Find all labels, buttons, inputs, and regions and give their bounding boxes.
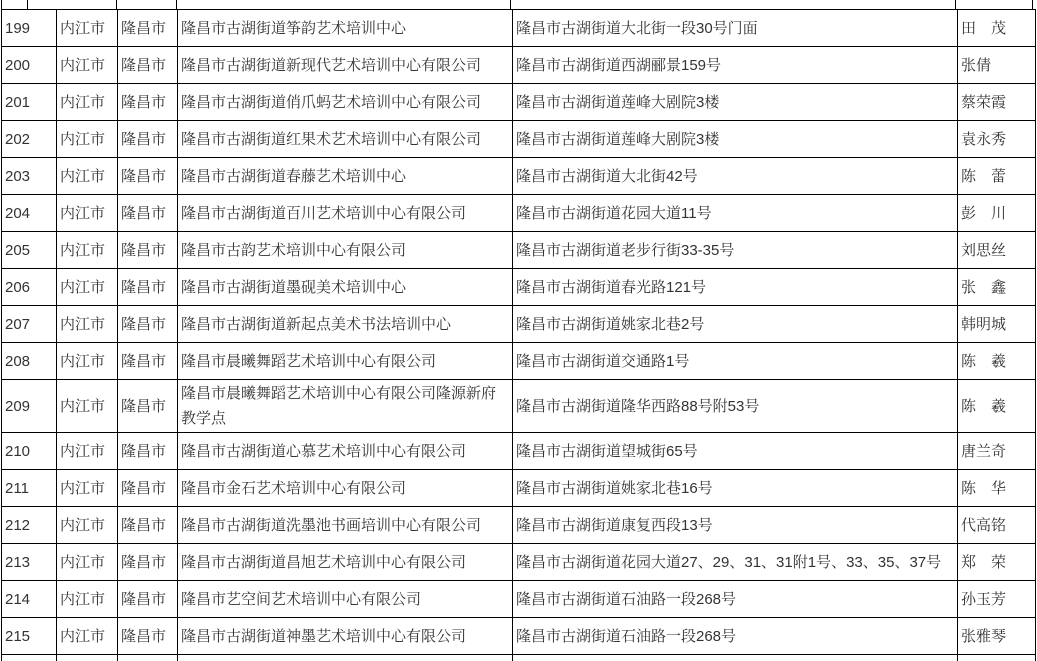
partial-cell	[117, 0, 177, 9]
cell-address: 隆昌市古湖街道莲峰大剧院3楼	[513, 121, 958, 158]
cell-serial-number: 213	[2, 544, 57, 581]
table-row: 210 内江市 隆昌市 隆昌市古湖街道心慕艺术培训中心有限公司 隆昌市古湖街道望…	[2, 433, 1036, 470]
table-row: 206 内江市 隆昌市 隆昌市古湖街道墨砚美术培训中心 隆昌市古湖街道春光路12…	[2, 269, 1036, 306]
cell-institution-name: 隆昌市艺空间艺术培训中心有限公司	[178, 581, 513, 618]
cell-serial-number: 199	[2, 10, 57, 47]
cell-contact-name: 陈 华	[958, 470, 1036, 507]
cell-address: 隆昌市古湖街道石油路一段268号	[513, 581, 958, 618]
cell-serial-number: 211	[2, 470, 57, 507]
cell-serial-number: 205	[2, 232, 57, 269]
cell-city: 内江市	[57, 507, 118, 544]
cell-address: 隆昌市古湖街道大北街一段30号门面	[513, 10, 958, 47]
cell-institution-name: 隆昌市古湖街道昌旭艺术培训中心有限公司	[178, 544, 513, 581]
cell-county: 隆昌市	[118, 121, 178, 158]
cell-institution-name: 隆昌市古韵艺术培训中心有限公司	[178, 232, 513, 269]
table-row: 211 内江市 隆昌市 隆昌市金石艺术培训中心有限公司 隆昌市古湖街道姚家北巷1…	[2, 470, 1036, 507]
cell-contact-name: 孙玉芳	[958, 581, 1036, 618]
cell-institution-name: 隆昌市古湖街道红果术艺术培训中心有限公司	[178, 121, 513, 158]
table-row: 199 内江市 隆昌市 隆昌市古湖街道筝韵艺术培训中心 隆昌市古湖街道大北街一段…	[2, 10, 1036, 47]
cell-contact-name	[958, 655, 1036, 661]
cell-address: 隆昌市古湖街道姚家北巷16号	[513, 470, 958, 507]
cell-address: 隆昌市古湖街道交通路1号	[513, 343, 958, 380]
cell-contact-name: 张雅琴	[958, 618, 1036, 655]
table-row: 201 内江市 隆昌市 隆昌市古湖街道俏爪蚂艺术培训中心有限公司 隆昌市古湖街道…	[2, 84, 1036, 121]
cell-contact-name: 田 茂	[958, 10, 1036, 47]
cell-county: 隆昌市	[118, 618, 178, 655]
cell-city: 内江市	[57, 544, 118, 581]
cell-county: 隆昌市	[118, 306, 178, 343]
cell-serial-number: 209	[2, 380, 57, 433]
cell-city: 内江市	[57, 618, 118, 655]
cell-city: 内江市	[57, 470, 118, 507]
cell-county: 隆昌市	[118, 47, 178, 84]
table-row: 202 内江市 隆昌市 隆昌市古湖街道红果术艺术培训中心有限公司 隆昌市古湖街道…	[2, 121, 1036, 158]
cell-institution-name: 隆昌市古湖街道神墨艺术培训中心有限公司	[178, 618, 513, 655]
cell-address: 隆昌市古湖街道隆华西路88号附53号	[513, 380, 958, 433]
cell-contact-name: 彭 川	[958, 195, 1036, 232]
partial-row-top	[1, 0, 1035, 9]
cell-city: 内江市	[57, 581, 118, 618]
cell-contact-name: 张 鑫	[958, 269, 1036, 306]
cell-institution-name: 隆昌市古湖街道筝韵艺术培训中心	[178, 10, 513, 47]
cell-institution-name: 隆昌市晨曦舞蹈艺术培训中心有限公司隆源新府教学点	[178, 380, 513, 433]
cell-city: 内江市	[57, 158, 118, 195]
cell-institution-name: 隆昌市古湖街道洗墨池书画培训中心有限公司	[178, 507, 513, 544]
cell-contact-name: 陈 羲	[958, 380, 1036, 433]
cell-county	[118, 655, 178, 661]
table-row: 214 内江市 隆昌市 隆昌市艺空间艺术培训中心有限公司 隆昌市古湖街道石油路一…	[2, 581, 1036, 618]
cell-contact-name: 蔡荣霞	[958, 84, 1036, 121]
cell-serial-number: 210	[2, 433, 57, 470]
cell-serial-number: 200	[2, 47, 57, 84]
cell-county: 隆昌市	[118, 380, 178, 433]
cell-county: 隆昌市	[118, 10, 178, 47]
training-centers-table-page: 199 内江市 隆昌市 隆昌市古湖街道筝韵艺术培训中心 隆昌市古湖街道大北街一段…	[0, 0, 1037, 661]
cell-city: 内江市	[57, 269, 118, 306]
cell-city: 内江市	[57, 47, 118, 84]
cell-address: 隆昌市古湖街道莲峰大剧院3楼	[513, 84, 958, 121]
partial-cell	[1, 0, 28, 9]
cell-address	[513, 655, 958, 661]
table-body: 199 内江市 隆昌市 隆昌市古湖街道筝韵艺术培训中心 隆昌市古湖街道大北街一段…	[2, 10, 1036, 661]
cell-contact-name: 袁永秀	[958, 121, 1036, 158]
cell-county: 隆昌市	[118, 84, 178, 121]
cell-address: 隆昌市古湖街道春光路121号	[513, 269, 958, 306]
cell-county: 隆昌市	[118, 158, 178, 195]
cell-institution-name	[178, 655, 513, 661]
cell-address: 隆昌市古湖街道石油路一段268号	[513, 618, 958, 655]
cell-institution-name: 隆昌市古湖街道春藤艺术培训中心	[178, 158, 513, 195]
cell-serial-number: 202	[2, 121, 57, 158]
cell-city: 内江市	[57, 84, 118, 121]
table-row: 209 内江市 隆昌市 隆昌市晨曦舞蹈艺术培训中心有限公司隆源新府教学点 隆昌市…	[2, 380, 1036, 433]
partial-cell	[177, 0, 511, 9]
cell-institution-name: 隆昌市古湖街道俏爪蚂艺术培训中心有限公司	[178, 84, 513, 121]
cell-county: 隆昌市	[118, 343, 178, 380]
cell-city	[57, 655, 118, 661]
cell-city: 内江市	[57, 343, 118, 380]
table-row: 212 内江市 隆昌市 隆昌市古湖街道洗墨池书画培训中心有限公司 隆昌市古湖街道…	[2, 507, 1036, 544]
cell-contact-name: 陈 羲	[958, 343, 1036, 380]
cell-county: 隆昌市	[118, 433, 178, 470]
table-row: 207 内江市 隆昌市 隆昌市古湖街道新起点美术书法培训中心 隆昌市古湖街道姚家…	[2, 306, 1036, 343]
cell-serial-number: 201	[2, 84, 57, 121]
cell-serial-number: 212	[2, 507, 57, 544]
cell-serial-number: 203	[2, 158, 57, 195]
cell-county: 隆昌市	[118, 470, 178, 507]
cell-county: 隆昌市	[118, 269, 178, 306]
cell-county: 隆昌市	[118, 507, 178, 544]
cell-institution-name: 隆昌市古湖街道新现代艺术培训中心有限公司	[178, 47, 513, 84]
partial-cell	[956, 0, 1033, 9]
cell-county: 隆昌市	[118, 544, 178, 581]
cell-address: 隆昌市古湖街道花园大道11号	[513, 195, 958, 232]
cell-institution-name: 隆昌市古湖街道墨砚美术培训中心	[178, 269, 513, 306]
table-row: 205 内江市 隆昌市 隆昌市古韵艺术培训中心有限公司 隆昌市古湖街道老步行街3…	[2, 232, 1036, 269]
cell-address: 隆昌市古湖街道西湖郦景159号	[513, 47, 958, 84]
cell-serial-number: 215	[2, 618, 57, 655]
cell-contact-name: 张倩	[958, 47, 1036, 84]
cell-address: 隆昌市古湖街道望城街65号	[513, 433, 958, 470]
cell-serial-number: 206	[2, 269, 57, 306]
table-row: 200 内江市 隆昌市 隆昌市古湖街道新现代艺术培训中心有限公司 隆昌市古湖街道…	[2, 47, 1036, 84]
cell-institution-name: 隆昌市古湖街道心慕艺术培训中心有限公司	[178, 433, 513, 470]
cell-contact-name: 陈 蕾	[958, 158, 1036, 195]
cell-city: 内江市	[57, 195, 118, 232]
table-row: 203 内江市 隆昌市 隆昌市古湖街道春藤艺术培训中心 隆昌市古湖街道大北街42…	[2, 158, 1036, 195]
cell-address: 隆昌市古湖街道大北街42号	[513, 158, 958, 195]
cell-city: 内江市	[57, 232, 118, 269]
cell-city: 内江市	[57, 380, 118, 433]
table-row: 213 内江市 隆昌市 隆昌市古湖街道昌旭艺术培训中心有限公司 隆昌市古湖街道花…	[2, 544, 1036, 581]
cell-contact-name: 唐兰奇	[958, 433, 1036, 470]
cell-address: 隆昌市古湖街道花园大道27、29、31、31附1号、33、35、37号	[513, 544, 958, 581]
cell-address: 隆昌市古湖街道康复西段13号	[513, 507, 958, 544]
cell-serial-number: 207	[2, 306, 57, 343]
cell-institution-name: 隆昌市古湖街道百川艺术培训中心有限公司	[178, 195, 513, 232]
cell-contact-name: 郑 荣	[958, 544, 1036, 581]
cell-county: 隆昌市	[118, 581, 178, 618]
table-row: 208 内江市 隆昌市 隆昌市晨曦舞蹈艺术培训中心有限公司 隆昌市古湖街道交通路…	[2, 343, 1036, 380]
cell-serial-number: 208	[2, 343, 57, 380]
cell-address: 隆昌市古湖街道姚家北巷2号	[513, 306, 958, 343]
cell-city: 内江市	[57, 10, 118, 47]
partial-cell	[28, 0, 117, 9]
cell-institution-name: 隆昌市金石艺术培训中心有限公司	[178, 470, 513, 507]
training-centers-table: 199 内江市 隆昌市 隆昌市古湖街道筝韵艺术培训中心 隆昌市古湖街道大北街一段…	[1, 9, 1036, 661]
cell-serial-number: 214	[2, 581, 57, 618]
cell-contact-name: 代高铭	[958, 507, 1036, 544]
cell-contact-name: 刘思丝	[958, 232, 1036, 269]
cell-serial-number: 204	[2, 195, 57, 232]
cell-serial-number	[2, 655, 57, 661]
cell-county: 隆昌市	[118, 195, 178, 232]
table-row: 204 内江市 隆昌市 隆昌市古湖街道百川艺术培训中心有限公司 隆昌市古湖街道花…	[2, 195, 1036, 232]
cell-county: 隆昌市	[118, 232, 178, 269]
partial-row-bottom	[2, 655, 1036, 661]
cell-address: 隆昌市古湖街道老步行街33-35号	[513, 232, 958, 269]
cell-institution-name: 隆昌市古湖街道新起点美术书法培训中心	[178, 306, 513, 343]
cell-city: 内江市	[57, 433, 118, 470]
cell-city: 内江市	[57, 306, 118, 343]
cell-contact-name: 韩明城	[958, 306, 1036, 343]
cell-city: 内江市	[57, 121, 118, 158]
table-row: 215 内江市 隆昌市 隆昌市古湖街道神墨艺术培训中心有限公司 隆昌市古湖街道石…	[2, 618, 1036, 655]
partial-cell	[511, 0, 956, 9]
cell-institution-name: 隆昌市晨曦舞蹈艺术培训中心有限公司	[178, 343, 513, 380]
